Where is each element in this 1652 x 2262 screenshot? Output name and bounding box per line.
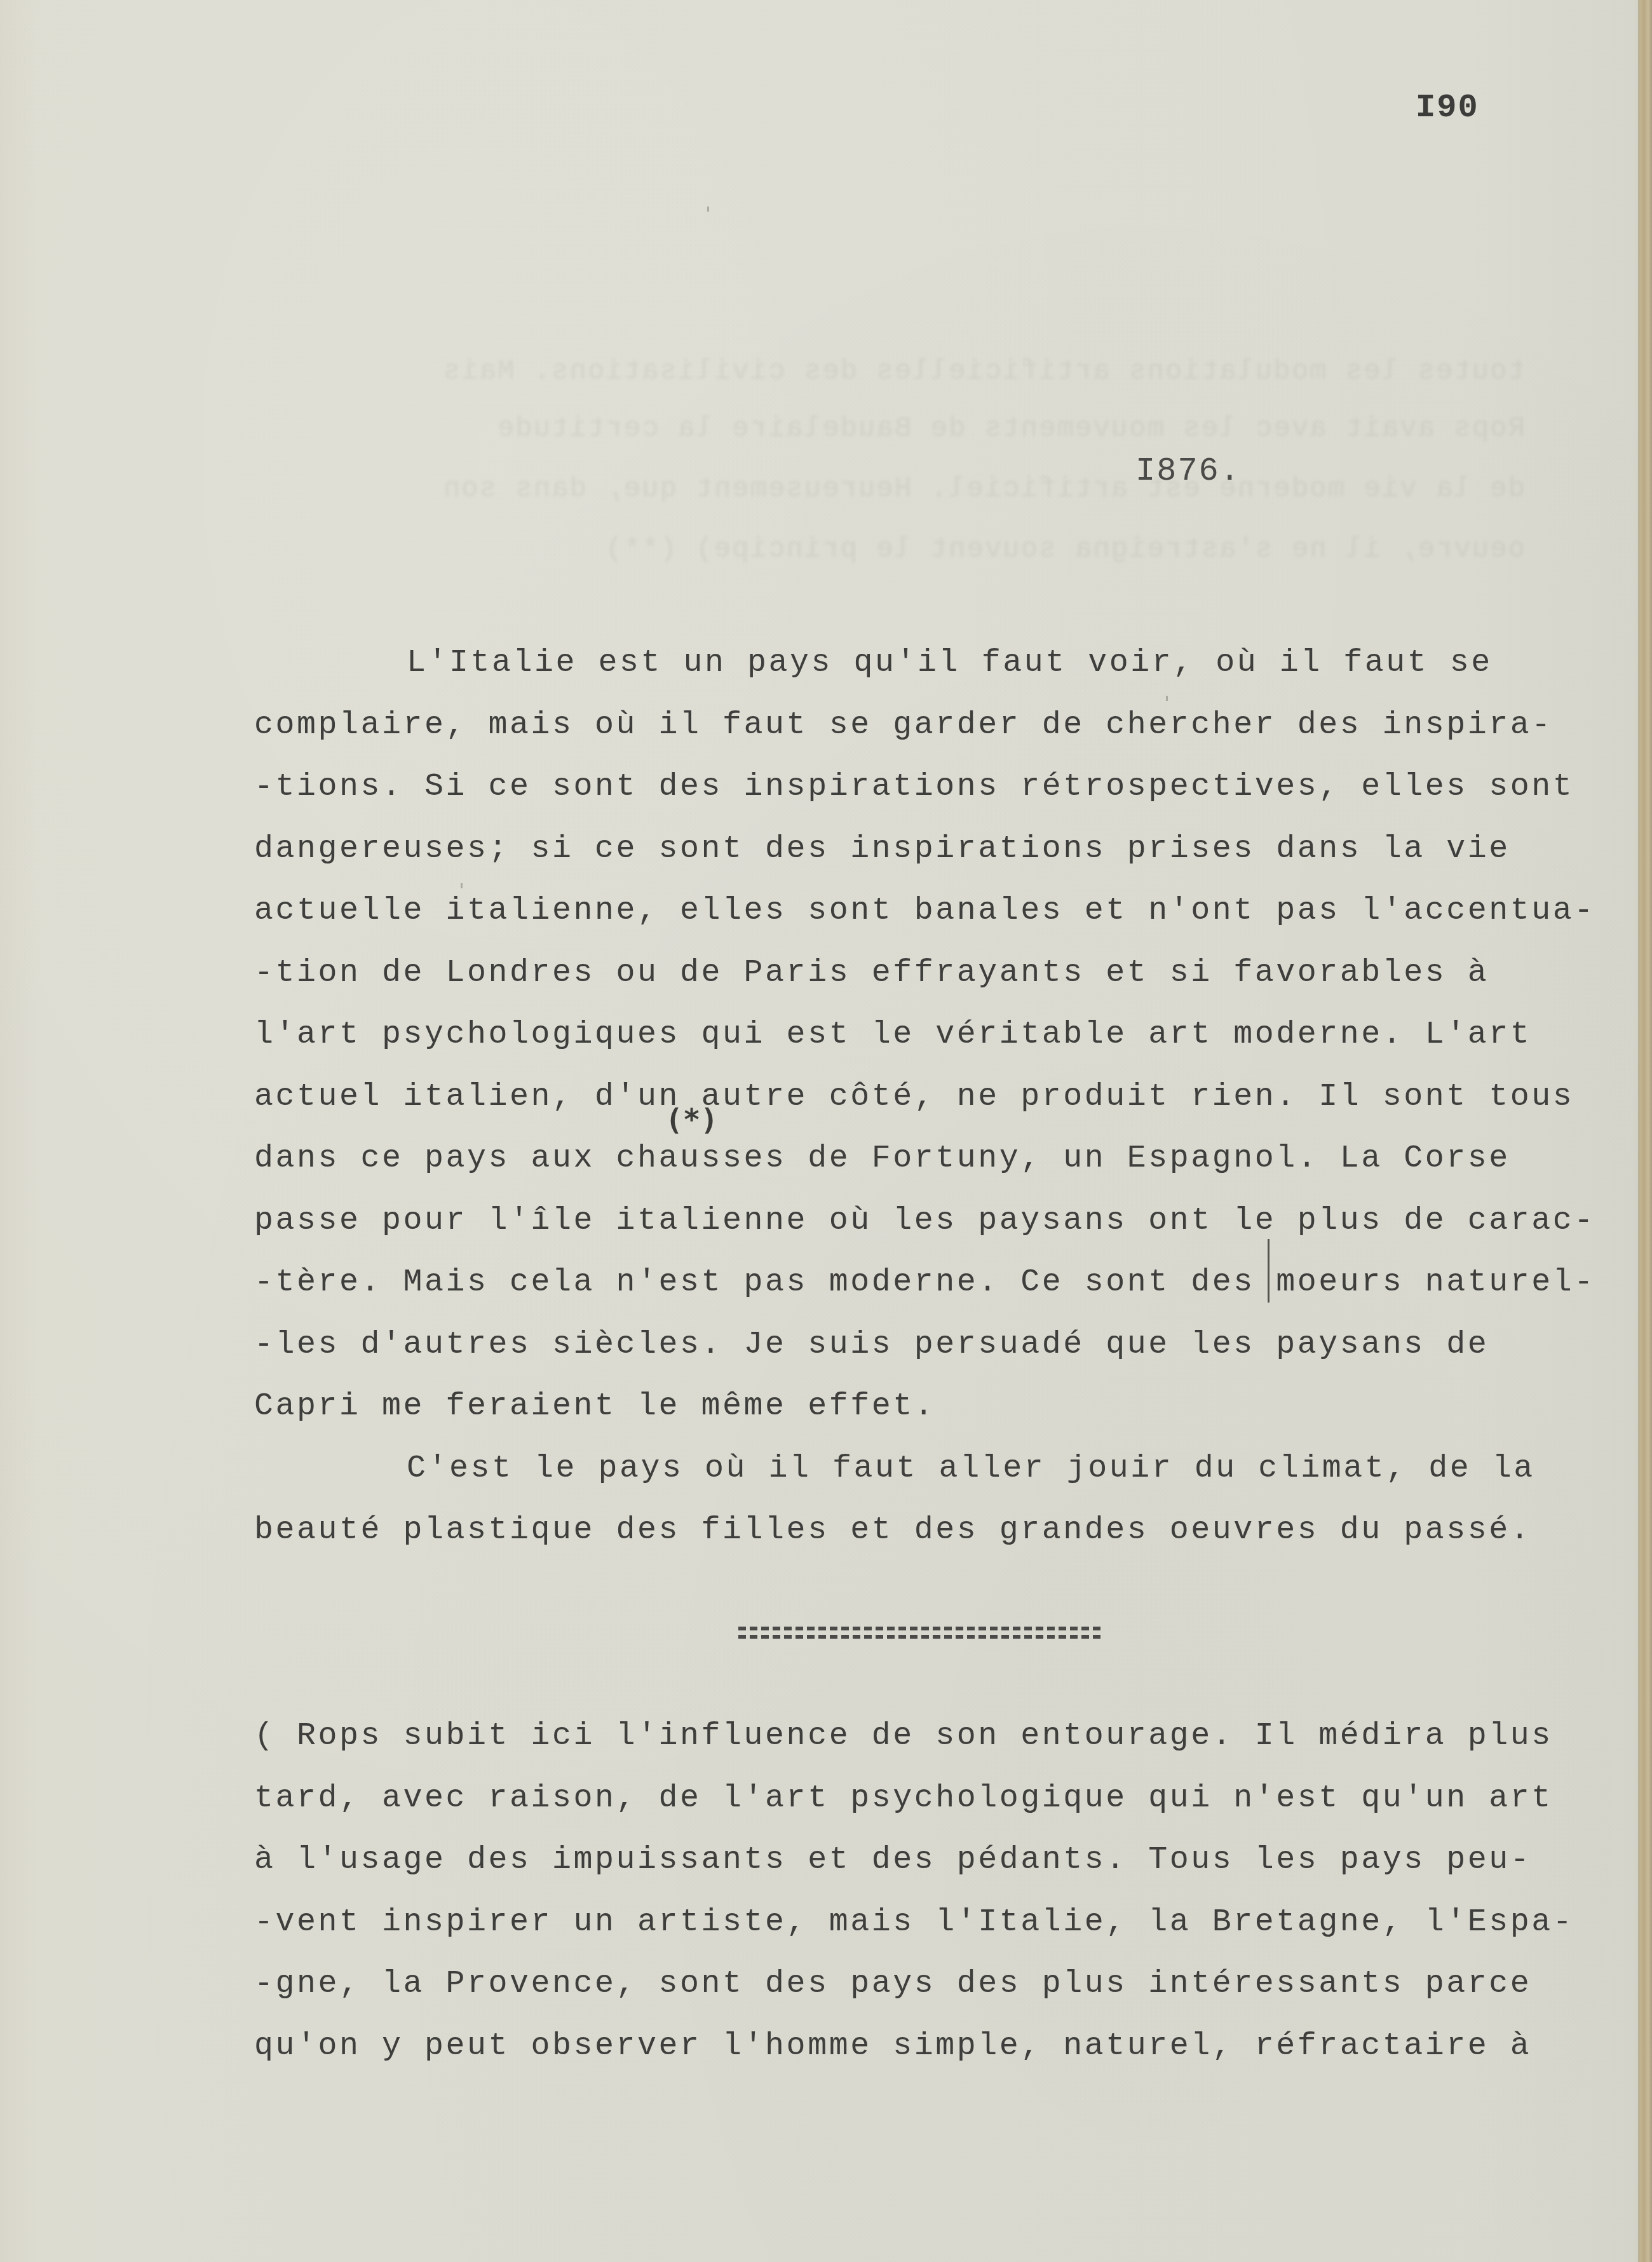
handwritten-correction-mark	[1268, 1239, 1269, 1303]
paper-speck	[1166, 696, 1168, 701]
body-text: L'Italie est un pays qu'il faut voir, où…	[254, 632, 1595, 1562]
note-line: qu'on y peut observer l'homme simple, na…	[254, 2015, 1595, 2078]
note-line: ( Rops subit ici l'influence de son ento…	[254, 1705, 1595, 1768]
body-line: actuelle italienne, elles sont banales e…	[254, 880, 1595, 942]
separator-rule-line	[738, 1635, 1100, 1639]
body-line: passe pour l'île italienne où les paysan…	[254, 1190, 1595, 1252]
body-line: dans ce pays aux chausses de Fortuny, un…	[254, 1128, 1595, 1190]
body-line: complaire, mais où il faut se garder de …	[254, 694, 1595, 757]
separator-rule-line	[738, 1627, 1100, 1630]
body-line: dangereuses; si ce sont des inspirations…	[254, 818, 1595, 881]
binding-edge	[1638, 0, 1652, 2262]
separator-rule	[738, 1627, 1100, 1641]
body-line: beauté plastique des filles et des grand…	[254, 1500, 1595, 1562]
body-line: actuel italien, d'un autre côté, ne prod…	[254, 1066, 1595, 1128]
editorial-note: ( Rops subit ici l'influence de son ento…	[254, 1705, 1595, 2077]
footnote-marker: (*)	[665, 1102, 718, 1137]
note-line: à l'usage des impuissants et des pédants…	[254, 1829, 1595, 1892]
body-line: l'art psychologiques qui est le véritabl…	[254, 1004, 1595, 1066]
body-line: L'Italie est un pays qu'il faut voir, où…	[254, 632, 1595, 694]
paper-speck	[707, 207, 709, 212]
body-line: Capri me feraient le même effet.	[254, 1376, 1595, 1438]
bleed-through-line: oeuvre, il ne s'astreigna souvent le pri…	[222, 534, 1525, 565]
bleed-through-line: de la vie moderne est artificiel. Heureu…	[222, 473, 1525, 505]
note-line: -vent inspirer un artiste, mais l'Italie…	[254, 1892, 1595, 1954]
section-heading-year: I876.	[1135, 452, 1241, 490]
body-line: -tère. Mais cela n'est pas moderne. Ce s…	[254, 1252, 1595, 1314]
note-line: tard, avec raison, de l'art psychologiqu…	[254, 1768, 1595, 1830]
bleed-through-line: Rops avait avec les mouvements de Baudel…	[222, 413, 1525, 445]
body-line: C'est le pays où il faut aller jouir du …	[254, 1438, 1595, 1500]
page-number: I90	[1416, 89, 1479, 126]
body-line: -tions. Si ce sont des inspirations rétr…	[254, 756, 1595, 818]
paper-speck	[461, 883, 463, 888]
body-line: -les d'autres siècles. Je suis persuadé …	[254, 1314, 1595, 1376]
scanned-page: toutes les modulations artificielles des…	[0, 0, 1644, 2262]
note-line: -gne, la Provence, sont des pays des plu…	[254, 1953, 1595, 2015]
body-line: -tion de Londres ou de Paris effrayants …	[254, 942, 1595, 1005]
bleed-through-line: toutes les modulations artificielles des…	[222, 356, 1525, 388]
